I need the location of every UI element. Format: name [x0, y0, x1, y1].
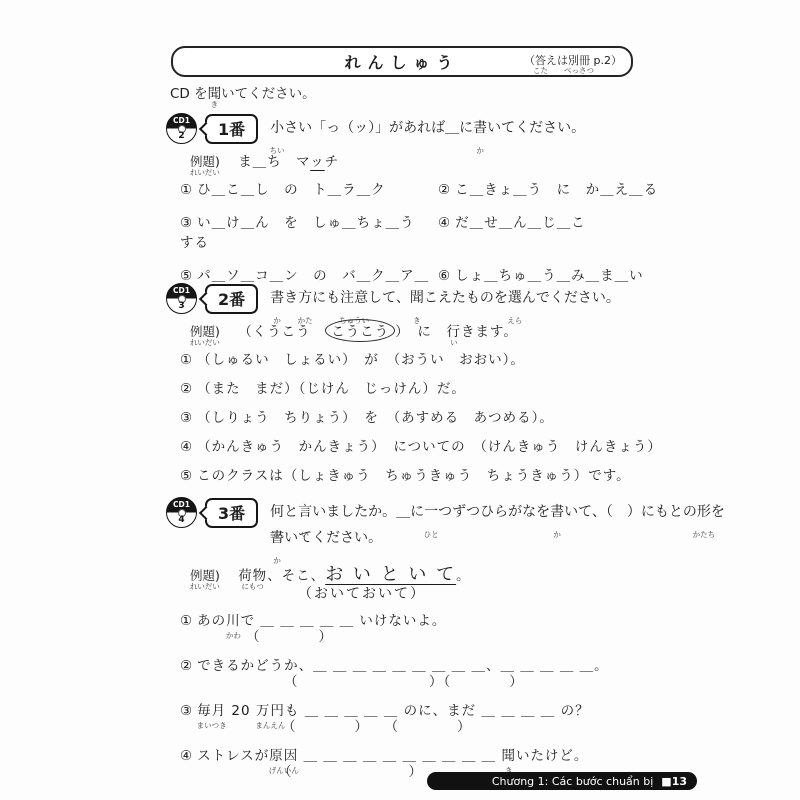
cd-disc-icon: CD1 3 — [166, 283, 197, 314]
cd-track-number: 4 — [167, 516, 196, 525]
section-number-badge: 2番 — [205, 284, 258, 314]
list-item: ①（しゅるい しょるい） が （おうい おおい）。 — [180, 352, 662, 369]
answer-parentheses: （ ） （ ） — [282, 720, 609, 734]
example-text: ま＿ち マッチ — [238, 154, 339, 170]
list-item: ①ひ＿こ＿し の ト＿ラ＿ク — [180, 178, 438, 198]
section-1-example: 例題)れいだい ま＿ち マッチ — [190, 150, 339, 170]
section-number-label: 1番 — [218, 120, 245, 139]
example-text: （くうこう こうこう） に 行いきます。 — [238, 324, 518, 340]
section-instruction: 小ちいさい「っ（ッ）」があれば＿に書かいてください。 — [270, 112, 585, 141]
section-number-badge: 1番 — [205, 114, 258, 144]
section-number-label: 2番 — [218, 290, 245, 309]
section-2-example: 例題)れいだい （くうこう こうこう） に 行いきます。 — [190, 319, 518, 342]
instruction-line-1: 何なんと言いいましたか。＿に一ひとつずつひらがなを書かいて、（ ）にもとの形かた… — [270, 499, 725, 525]
answer-location-note: （答こたえは別冊べっさつ p.2） — [524, 52, 622, 68]
cd-label: CD1 — [167, 287, 196, 295]
list-item: ③毎月まいつき 20 万円まんえんも ＿ ＿ ＿ ＿ ＿ のに、まだ ＿ ＿ ＿… — [180, 702, 609, 734]
section-2-header: CD1 3 2番 書かき方かたにも注意ちゅういして、聞きこえたものを選えらんでく… — [166, 282, 786, 314]
section-number-badge: 3番 — [205, 498, 258, 528]
page-number: ■13 — [661, 775, 687, 788]
example-answer: （おいておいて） — [298, 583, 426, 603]
example-label: 例題)れいだい — [190, 324, 220, 339]
cd-track-number: 3 — [167, 302, 196, 311]
list-item: ②できるかどうか、＿ ＿ ＿ ＿ ＿ ＿ ＿ ＿ ＿、＿ ＿ ＿ ＿ ＿。 （ … — [180, 657, 609, 689]
chapter-label: Chương 1: Các bước chuẩn bị — [492, 775, 653, 788]
list-item: ②（また まだ）（じけん じっけん）だ。 — [180, 381, 662, 398]
list-item: ⑤このクラスは（しょきゅう ちゅうきゅう ちょうきゅう）です。 — [180, 468, 662, 485]
list-item: ②こ＿きょ＿う に か＿え＿る — [438, 178, 780, 198]
cd-disc-icon: CD1 2 — [166, 113, 197, 144]
example-label: 例題)れいだい — [190, 154, 220, 169]
cd-disc-icon: CD1 4 — [166, 497, 197, 528]
list-item: ④（かんきゅう かんきょう） についての （けんきゅう けんきょう） — [180, 439, 662, 456]
list-item: ③（しりょう ちりょう） を （あすめる あつめる）。 — [180, 410, 662, 427]
section-1-header: CD1 2 1番 小ちいさい「っ（ッ）」があれば＿に書かいてください。 — [166, 112, 786, 144]
intro-line: CD を聞きいてください。 — [170, 82, 316, 102]
section-instruction: 何なんと言いいましたか。＿に一ひとつずつひらがなを書かいて、（ ）にもとの形かた… — [270, 496, 725, 551]
answer-parentheses: （ ） — [246, 630, 609, 644]
cd-label: CD1 — [167, 501, 196, 509]
cd-track-number: 2 — [167, 132, 196, 141]
section-3-items: ①あの川かわで ＿ ＿ ＿ ＿ ＿ いけないよ。 （ ） ②できるかどうか、＿ … — [180, 612, 609, 792]
example-label: 例題)れいだい — [190, 568, 220, 583]
list-item: ④だ＿せ＿ん＿じ＿こ — [438, 211, 780, 251]
title-box: れんしゅう （答こたえは別冊べっさつ p.2） — [171, 46, 633, 77]
section-instruction: 書かき方かたにも注意ちゅういして、聞きこえたものを選えらんでください。 — [270, 282, 620, 311]
cd-label: CD1 — [167, 117, 196, 125]
list-item: ③い＿け＿ん を しゅ＿ちょ＿う する — [180, 211, 438, 251]
example-text: 荷物にもつ、そこ、お い と い て。 — [238, 568, 470, 584]
section-3-header: CD1 4 3番 何なんと言いいましたか。＿に一ひとつずつひらがなを書かいて、（… — [166, 496, 791, 551]
section-2-items: ①（しゅるい しょるい） が （おうい おおい）。 ②（また まだ）（じけん じ… — [180, 352, 662, 497]
list-item: ①あの川かわで ＿ ＿ ＿ ＿ ＿ いけないよ。 （ ） — [180, 612, 609, 644]
instruction-line-2: 書かいてください。 — [270, 525, 725, 551]
section-number-label: 3番 — [218, 504, 245, 523]
answer-parentheses: （ ）（ ） — [284, 675, 609, 689]
page-title: れんしゅう — [344, 50, 459, 73]
page-footer: Chương 1: Các bước chuẩn bị ■13 — [427, 772, 697, 790]
